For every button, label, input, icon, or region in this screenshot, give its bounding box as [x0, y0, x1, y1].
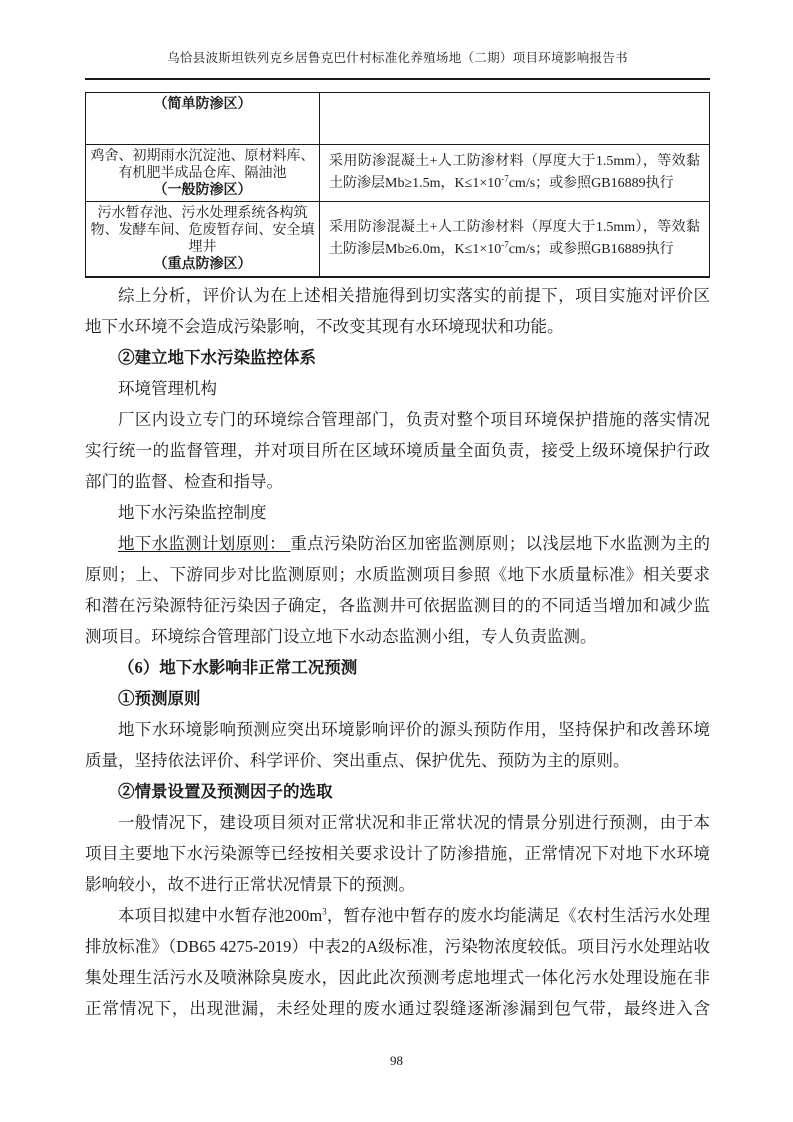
zone-label: 污水暂存池、污水处理系统各构筑物、发酵车间、危废暂存间、安全填埋井 — [90, 205, 315, 256]
table-cell-zone: 污水暂存池、污水处理系统各构筑物、发酵车间、危废暂存间、安全填埋井（重点防渗区） — [86, 202, 320, 277]
text-segment: 地下水污染监控制度 — [118, 503, 267, 522]
table-row: （简单防渗区） — [86, 93, 710, 145]
text-segment: cm/s；或参照GB16889执行 — [509, 242, 674, 257]
seepage-zone-table-body: （简单防渗区）鸡舍、初期雨水沉淀池、原材料库、有机肥半成品仓库、隔油池（一般防渗… — [86, 93, 710, 277]
paragraph: 厂区内设立专门的环境综合管理部门，负责对整个项目环境保护措施的落实情况实行统一的… — [85, 404, 710, 497]
table-row: 污水暂存池、污水处理系统各构筑物、发酵车间、危废暂存间、安全填埋井（重点防渗区）… — [86, 202, 710, 277]
text-segment: 一般情况下，建设项目须对正常状况和非正常状况的情景分别进行预测，由于本项目主要地… — [85, 813, 710, 894]
table-cell-measure — [320, 93, 710, 145]
table-cell-measure: 采用防渗混凝土+人工防渗材料（厚度大于1.5mm），等效黏土防渗层Mb≥6.0m… — [320, 202, 710, 277]
text-segment: ②建立地下水污染监控体系 — [118, 348, 316, 367]
text-segment: ①预测原则 — [118, 689, 201, 708]
table-cell-measure: 采用防渗混凝土+人工防渗材料（厚度大于1.5mm），等效黏土防渗层Mb≥1.5m… — [320, 145, 710, 202]
page-footer: 98 — [0, 1053, 793, 1069]
seepage-zone-table: （简单防渗区）鸡舍、初期雨水沉淀池、原材料库、有机肥半成品仓库、隔油池（一般防渗… — [85, 92, 710, 278]
page-content: 乌恰县波斯坦铁列克乡居鲁克巴什村标准化养殖场地（二期）项目环境影响报告书 （简单… — [85, 0, 710, 1024]
text-segment: 综上分析，评价认为在上述相关措施得到切实落实的前提下，项目实施对评价区地下水环境… — [85, 286, 710, 336]
header-title: 乌恰县波斯坦铁列克乡居鲁克巴什村标准化养殖场地（二期）项目环境影响报告书 — [85, 0, 710, 67]
text-segment: -7 — [501, 173, 509, 183]
section-heading: （6）地下水影响非正常工况预测 — [85, 652, 710, 683]
section-heading: ②建立地下水污染监控体系 — [85, 342, 710, 373]
table-row: 鸡舍、初期雨水沉淀池、原材料库、有机肥半成品仓库、隔油池（一般防渗区）采用防渗混… — [86, 145, 710, 202]
text-segment: -7 — [501, 239, 509, 249]
paragraph: 地下水监测计划原则： 重点污染防治区加密监测原则；以浅层地下水监测为主的原则；上… — [85, 528, 710, 652]
zone-label: （重点防渗区） — [90, 256, 315, 273]
paragraph: 环境管理机构 — [85, 373, 710, 404]
table-cell-zone: （简单防渗区） — [86, 93, 320, 145]
table-cell-zone: 鸡舍、初期雨水沉淀池、原材料库、有机肥半成品仓库、隔油池（一般防渗区） — [86, 145, 320, 202]
zone-label: （简单防渗区） — [90, 96, 315, 113]
zone-label: 鸡舍、初期雨水沉淀池、原材料库、有机肥半成品仓库、隔油池 — [90, 148, 315, 182]
text-segment: cm/s；或参照GB16889执行 — [509, 176, 674, 191]
document-page: 乌恰县波斯坦铁列克乡居鲁克巴什村标准化养殖场地（二期）项目环境影响报告书 （简单… — [0, 0, 793, 1122]
paragraph: 地下水污染监控制度 — [85, 497, 710, 528]
text-segment: 环境管理机构 — [118, 379, 217, 398]
paragraph: 地下水环境影响预测应突出环境影响评价的源头预防作用，坚持保护和改善环境质量，坚持… — [85, 714, 710, 776]
header-rule — [85, 78, 710, 80]
paragraph: 一般情况下，建设项目须对正常状况和非正常状况的情景分别进行预测，由于本项目主要地… — [85, 807, 710, 900]
paragraph: 综上分析，评价认为在上述相关措施得到切实落实的前提下，项目实施对评价区地下水环境… — [85, 280, 710, 342]
body-text: 综上分析，评价认为在上述相关措施得到切实落实的前提下，项目实施对评价区地下水环境… — [85, 280, 710, 1024]
text-segment: 本项目拟建中水暂存池200m — [118, 906, 322, 925]
text-segment: 地下水监测计划原则： — [118, 534, 290, 553]
text-segment: 厂区内设立专门的环境综合管理部门，负责对整个项目环境保护措施的落实情况实行统一的… — [85, 410, 710, 491]
text-segment: 地下水环境影响预测应突出环境影响评价的源头预防作用，坚持保护和改善环境质量，坚持… — [85, 720, 710, 770]
text-segment: ②情景设置及预测因子的选取 — [118, 782, 333, 801]
zone-label: （一般防渗区） — [90, 182, 315, 199]
text-segment: （6）地下水影响非正常工况预测 — [118, 658, 357, 677]
section-heading: ②情景设置及预测因子的选取 — [85, 776, 710, 807]
paragraph: 本项目拟建中水暂存池200m3，暂存池中暂存的废水均能满足《农村生活污水处理排放… — [85, 900, 710, 1024]
page-number: 98 — [390, 1053, 403, 1068]
section-heading: ①预测原则 — [85, 683, 710, 714]
